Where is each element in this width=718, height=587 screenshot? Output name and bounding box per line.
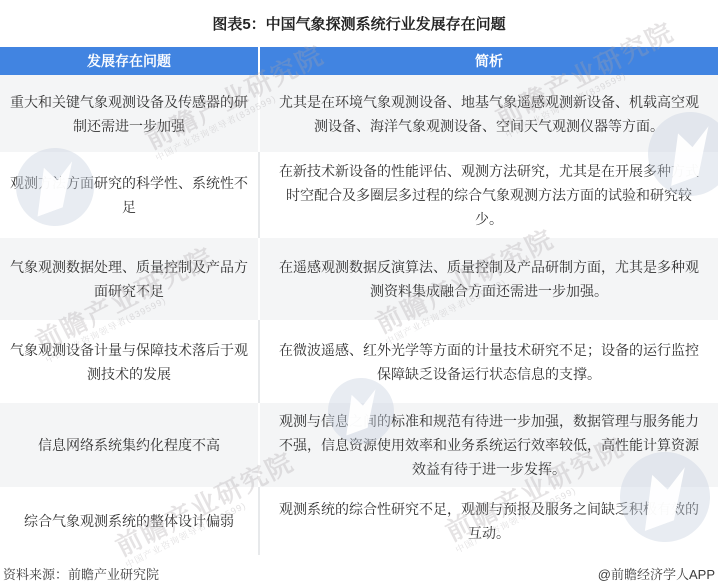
problem-cell: 信息网络系统集约化程度不高	[0, 403, 260, 487]
problem-cell: 观测方法方面研究的科学性、系统性不足	[0, 152, 260, 238]
table-row: 气象观测数据处理、质量控制及产品方面研究不足 在遥感观测数据反演算法、质量控制及…	[0, 238, 718, 320]
problem-cell: 气象观测设备计量与保障技术落后于观测技术的发展	[0, 320, 260, 403]
analysis-cell: 尤其是在环境气象观测设备、地基气象遥感观测新设备、机载高空观测设备、海洋气象观测…	[260, 75, 718, 152]
figure-footer: 资料来源：前瞻产业研究院 @前瞻经济学人APP	[0, 555, 718, 583]
table-row: 气象观测设备计量与保障技术落后于观测技术的发展 在微波遥感、红外光学等方面的计量…	[0, 320, 718, 403]
source-label: 资料来源：前瞻产业研究院	[3, 564, 159, 583]
problem-cell: 重大和关键气象观测设备及传感器的研制还需进一步加强	[0, 75, 260, 152]
problem-cell: 综合气象观测系统的整体设计偏弱	[0, 487, 260, 555]
table-header-row: 发展存在问题 简析	[0, 47, 718, 75]
problems-table: 发展存在问题 简析 重大和关键气象观测设备及传感器的研制还需进一步加强 尤其是在…	[0, 47, 718, 555]
header-problem-column: 发展存在问题	[0, 47, 260, 75]
problem-cell: 气象观测数据处理、质量控制及产品方面研究不足	[0, 238, 260, 320]
analysis-cell: 观测系统的综合性研究不足，观测与预报及服务之间缺乏积极有效的互动。	[260, 487, 718, 555]
table-row: 观测方法方面研究的科学性、系统性不足 在新技术新设备的性能评估、观测方法研究，尤…	[0, 152, 718, 238]
table-row: 综合气象观测系统的整体设计偏弱 观测系统的综合性研究不足，观测与预报及服务之间缺…	[0, 487, 718, 555]
table-row: 重大和关键气象观测设备及传感器的研制还需进一步加强 尤其是在环境气象观测设备、地…	[0, 75, 718, 152]
analysis-cell: 在微波遥感、红外光学等方面的计量技术研究不足；设备的运行监控保障缺乏设备运行状态…	[260, 320, 718, 403]
table-row: 信息网络系统集约化程度不高 观测与信息之间的标准和规范有待进一步加强，数据管理与…	[0, 403, 718, 487]
analysis-cell: 在新技术新设备的性能评估、观测方法研究，尤其是在开展多种方式时空配合及多圈层多过…	[260, 152, 718, 238]
figure-title: 图表5：中国气象探测系统行业发展存在问题	[0, 0, 718, 47]
analysis-cell: 观测与信息之间的标准和规范有待进一步加强，数据管理与服务能力不强，信息资源使用效…	[260, 403, 718, 487]
analysis-cell: 在遥感观测数据反演算法、质量控制及产品研制方面，尤其是多种观测资料集成融合方面还…	[260, 238, 718, 320]
header-analysis-column: 简析	[260, 47, 718, 75]
credit-label: @前瞻经济学人APP	[598, 564, 715, 583]
